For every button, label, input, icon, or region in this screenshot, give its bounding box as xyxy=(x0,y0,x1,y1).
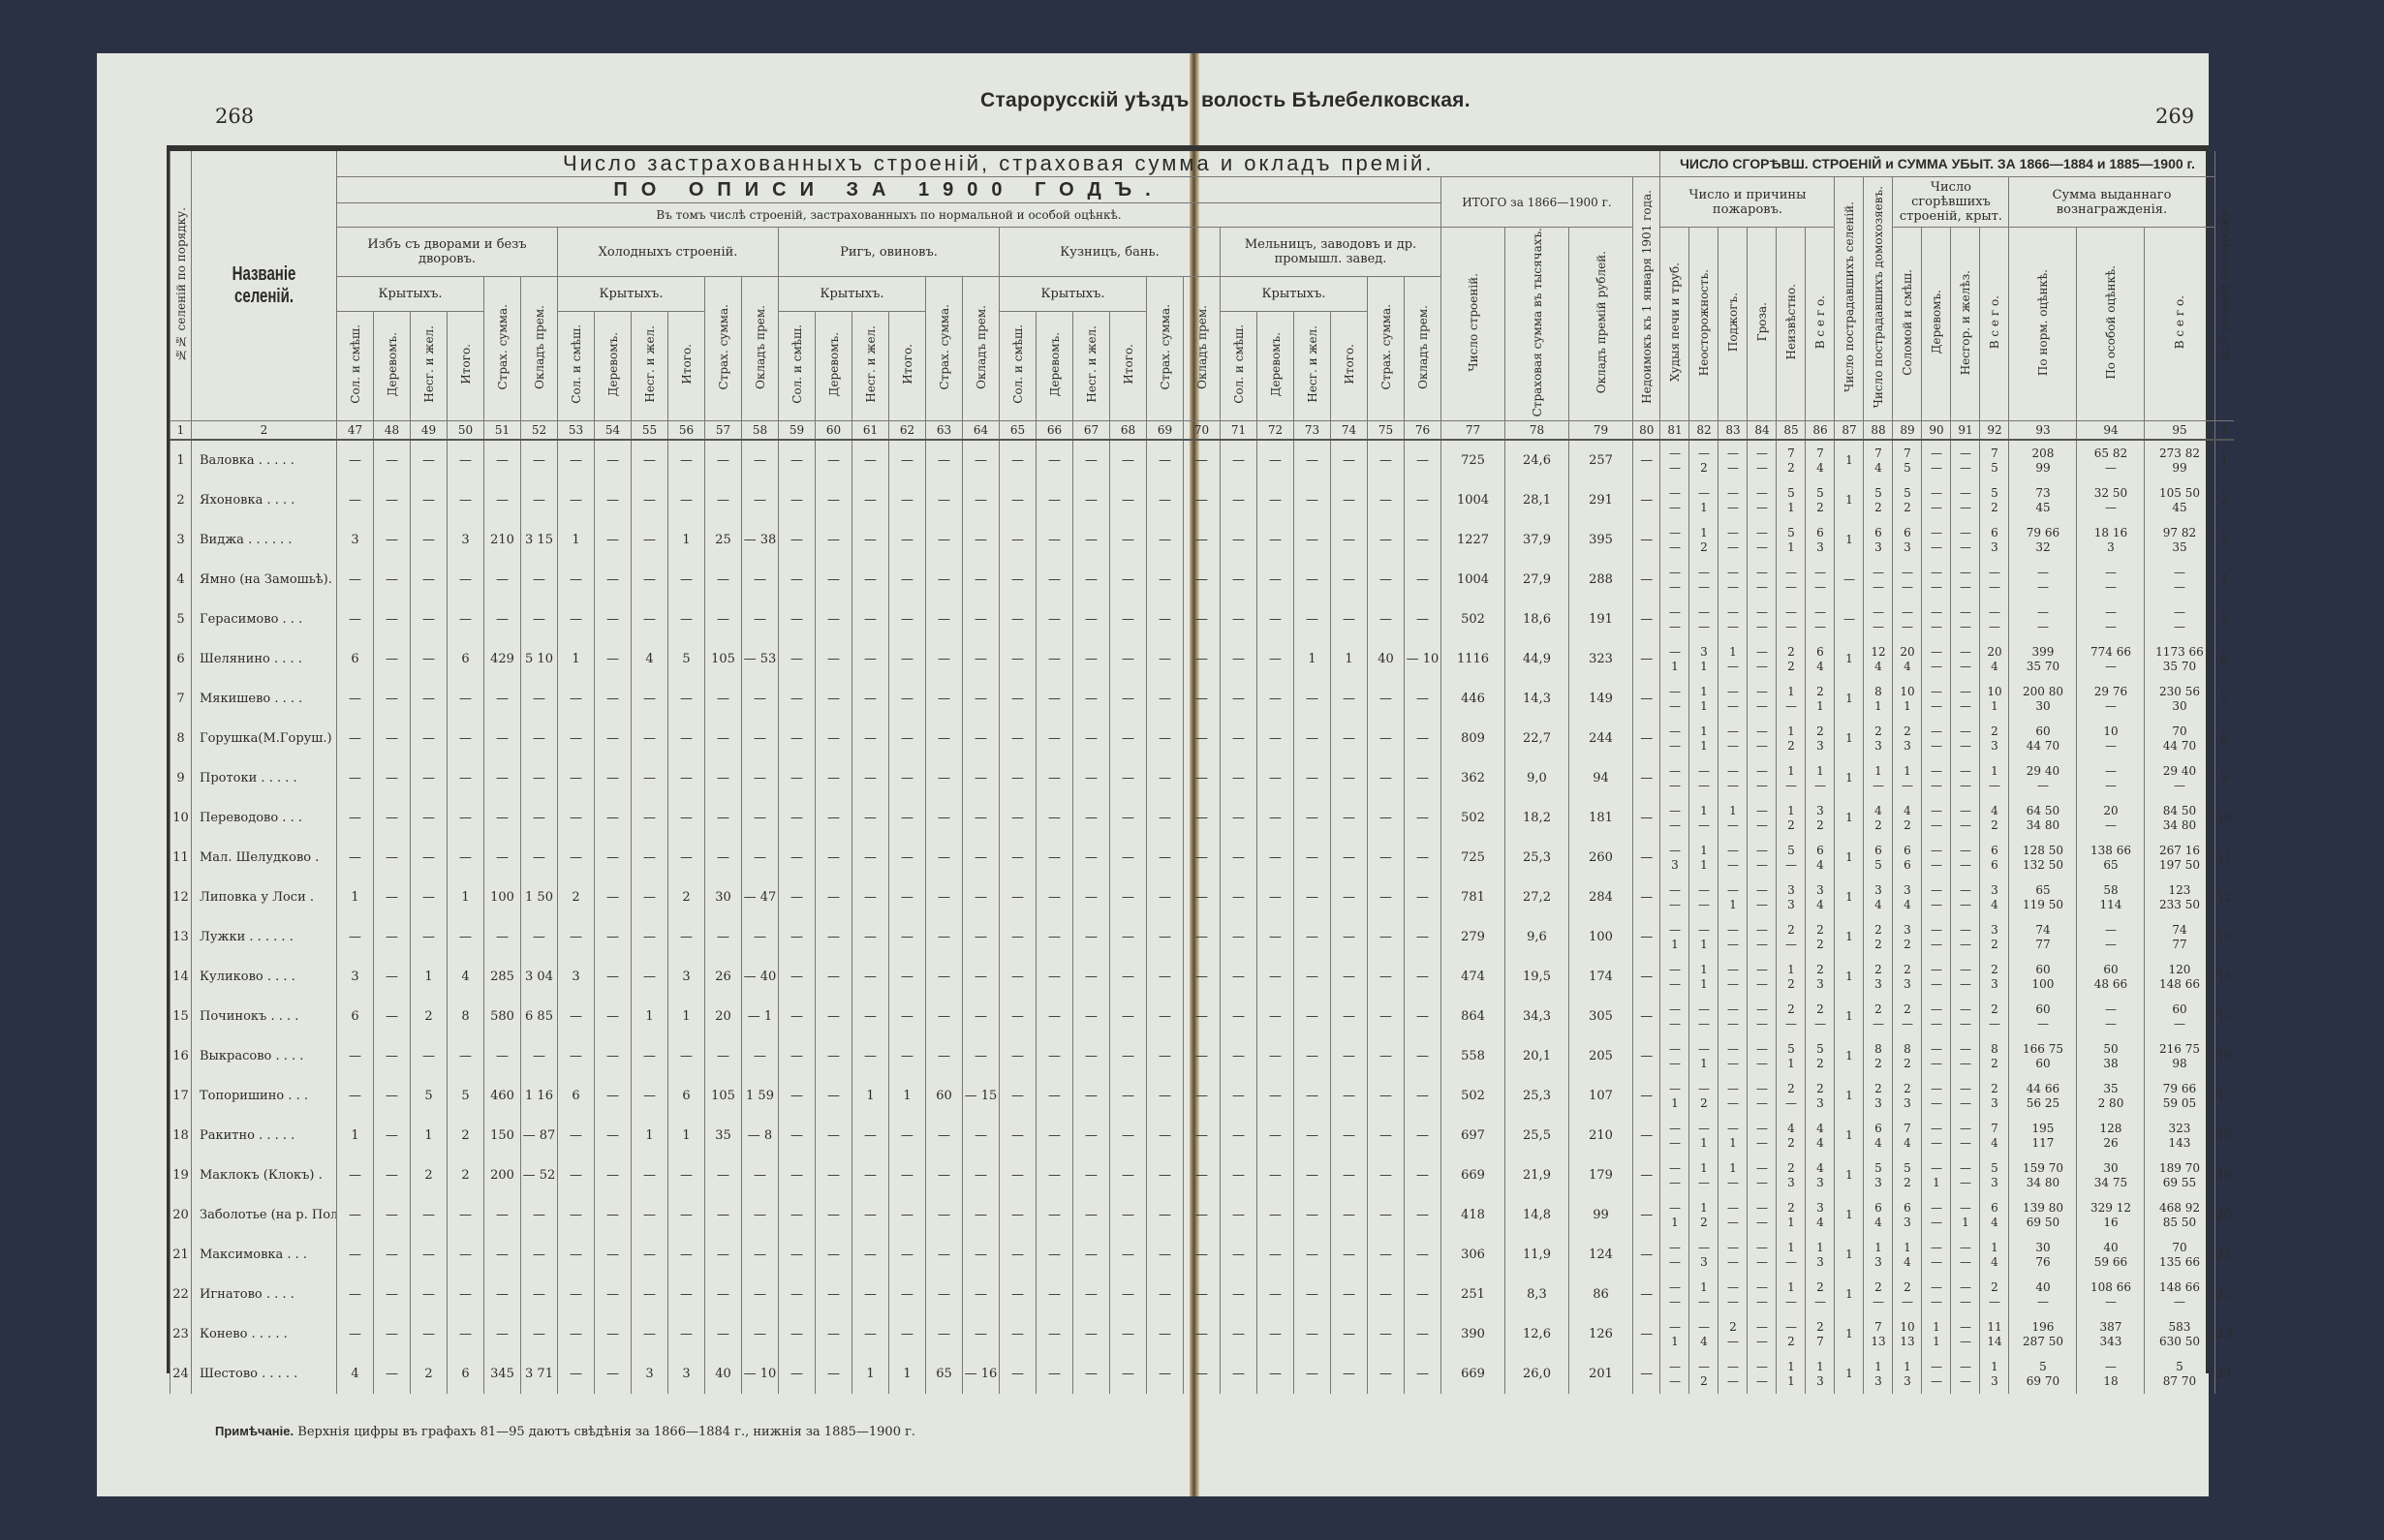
value-cell: — xyxy=(1184,480,1221,520)
value-cell: — xyxy=(889,1195,926,1235)
fire-value: — — xyxy=(1980,560,2009,600)
value-cell: — xyxy=(779,1235,816,1275)
value-cell: — xyxy=(411,798,448,838)
fire-value: 1 — xyxy=(1689,798,1718,838)
value-cell: 1 xyxy=(558,639,595,679)
value-cell: — xyxy=(963,957,1000,997)
fire-value: 5 2 xyxy=(1980,480,2009,520)
itogo-value: 19,5 xyxy=(1505,957,1569,997)
itogo-value: 502 xyxy=(1441,798,1505,838)
itogo-value: 126 xyxy=(1569,1314,1633,1354)
col-number: 90 xyxy=(1922,421,1951,441)
value-cell: — xyxy=(1221,520,1257,560)
fire-value: 1 xyxy=(1835,1314,1864,1354)
value-cell: — xyxy=(852,560,889,600)
fire-value: 5 87 70 xyxy=(2145,1354,2214,1394)
value-cell: — xyxy=(1221,639,1257,679)
value-cell: — xyxy=(1368,1036,1405,1076)
village-name: Мякишево . . . . xyxy=(192,679,337,719)
value-cell: — xyxy=(1147,758,1184,798)
fire-value: 20 4 xyxy=(1980,639,2009,679)
fire-value: — 1 xyxy=(1660,1195,1689,1235)
value-cell: — xyxy=(448,1314,484,1354)
value-cell: — xyxy=(852,520,889,560)
fire-value: 1 xyxy=(1835,440,1864,480)
fire-value: 2 — xyxy=(1864,997,1893,1036)
value-cell: 1 xyxy=(852,1076,889,1116)
value-cell: — xyxy=(411,1314,448,1354)
value-cell: — xyxy=(1368,480,1405,520)
arrears-value: — xyxy=(1633,798,1660,838)
col-number: 93 xyxy=(2009,421,2077,441)
table-row: 6Шелянино . . . .6——64295 101—45105— 53—… xyxy=(170,639,2235,679)
col-number: 70 xyxy=(1184,421,1221,441)
fires-col-1: Неосторожность. xyxy=(1689,228,1718,421)
fire-value: 3 2 xyxy=(1806,798,1835,838)
value-cell: — xyxy=(448,798,484,838)
insured-sum-header: Страх. сумма. xyxy=(484,277,521,421)
value-cell: — xyxy=(1037,1155,1073,1195)
value-cell: 1 xyxy=(668,1116,705,1155)
value-cell: — xyxy=(484,719,521,758)
fire-value: — — xyxy=(1922,560,1951,600)
value-cell: — xyxy=(889,639,926,679)
value-cell: — xyxy=(1073,1354,1110,1394)
value-cell: — xyxy=(448,1195,484,1235)
value-cell: — xyxy=(632,1076,668,1116)
value-cell: — xyxy=(926,758,963,798)
fire-value: 60 — xyxy=(2009,997,2077,1036)
value-cell: — xyxy=(1184,600,1221,639)
value-cell: — xyxy=(1184,838,1221,878)
value-cell: — xyxy=(1037,480,1073,520)
fire-value: — — xyxy=(1922,1076,1951,1116)
value-cell: — xyxy=(705,679,742,719)
value-cell: — xyxy=(1405,1275,1441,1314)
row-number-right: 9 xyxy=(2214,758,2234,798)
row-number-right: 14 xyxy=(2214,957,2234,997)
value-cell: 285 xyxy=(484,957,521,997)
value-cell: — xyxy=(1368,1116,1405,1155)
value-cell: 5 xyxy=(448,1076,484,1116)
value-cell: — xyxy=(1073,838,1110,878)
itogo-col-1: Страховая сумма въ тысячахъ. xyxy=(1505,228,1569,421)
value-cell: — xyxy=(632,560,668,600)
table-row: 3Виджа . . . . . .3——32103 151——125— 38—… xyxy=(170,520,2235,560)
row-number-right: 13 xyxy=(2214,917,2234,957)
value-cell: — xyxy=(705,798,742,838)
value-cell: — xyxy=(1331,1116,1368,1155)
title-in-that: Въ томъ числѣ строеній, застрахованныхъ … xyxy=(337,203,1441,228)
value-cell: 40 xyxy=(1368,639,1405,679)
value-cell: — xyxy=(1368,1076,1405,1116)
fire-value: — — xyxy=(1951,440,1980,480)
col-no-header: №№ селеній по порядку. xyxy=(170,151,192,421)
value-cell: — xyxy=(411,1275,448,1314)
value-cell: — xyxy=(1405,440,1441,480)
value-cell: — xyxy=(1073,480,1110,520)
value-cell: — xyxy=(1000,997,1037,1036)
fire-value: 29 40 — xyxy=(2009,758,2077,798)
value-cell: — xyxy=(1000,440,1037,480)
value-cell: — xyxy=(1405,1354,1441,1394)
value-cell: — xyxy=(926,440,963,480)
header-text: Страх. сумма. xyxy=(496,304,510,389)
arrears-value: — xyxy=(1633,520,1660,560)
value-cell: — xyxy=(1257,1036,1294,1076)
fire-value: — — xyxy=(1951,480,1980,520)
fire-value: 10 13 xyxy=(1893,1314,1922,1354)
value-cell: — xyxy=(337,758,374,798)
table-row: 7Мякишево . . . .———————————————————————… xyxy=(170,679,2235,719)
fire-value: 2 3 xyxy=(1980,957,2009,997)
covered-header: Крытыхъ. xyxy=(558,277,705,312)
value-cell: — xyxy=(595,1195,632,1235)
col-number: 82 xyxy=(1689,421,1718,441)
table-row: 1Валовка . . . . .——————————————————————… xyxy=(170,440,2235,480)
value-cell: — xyxy=(779,1116,816,1155)
value-cell: — xyxy=(558,917,595,957)
value-cell: — xyxy=(558,719,595,758)
value-cell: — xyxy=(1147,639,1184,679)
value-cell: 1 xyxy=(1331,639,1368,679)
row-number: 19 xyxy=(170,1155,192,1195)
village-name: Ракитно . . . . . xyxy=(192,1116,337,1155)
value-cell: — xyxy=(1331,1195,1368,1235)
value-cell: — xyxy=(742,600,779,639)
fire-value: — — xyxy=(1689,997,1718,1036)
value-cell: — xyxy=(889,1314,926,1354)
value-cell: — xyxy=(411,1235,448,1275)
arrears-value: — xyxy=(1633,480,1660,520)
fire-value: — — xyxy=(1718,1195,1748,1235)
fire-value: 123 233 50 xyxy=(2145,878,2214,917)
value-cell: — xyxy=(926,917,963,957)
value-cell: — xyxy=(1000,560,1037,600)
fire-value: 399 35 70 xyxy=(2009,639,2077,679)
value-cell: — xyxy=(1368,560,1405,600)
value-cell: 60 xyxy=(926,1076,963,1116)
header-text: Несг. и жел. xyxy=(864,325,878,403)
affected-villages-header: Число пострадавшихъ селеній. xyxy=(1835,177,1864,421)
fire-value: 128 50 132 50 xyxy=(2009,838,2077,878)
value-cell: — xyxy=(1184,440,1221,480)
fire-value: — — xyxy=(1660,1116,1689,1155)
fire-value: 1 2 xyxy=(1777,798,1806,838)
value-cell: — xyxy=(1000,1076,1037,1116)
itogo-value: 474 xyxy=(1441,957,1505,997)
row-number: 12 xyxy=(170,878,192,917)
fire-value: — — xyxy=(1689,560,1718,600)
fire-value: 65 82 — xyxy=(2077,440,2145,480)
value-cell: 1 xyxy=(889,1354,926,1394)
arrears-value: — xyxy=(1633,440,1660,480)
value-cell: — xyxy=(1221,1354,1257,1394)
fire-value: — 1 xyxy=(1951,1195,1980,1235)
value-cell: — xyxy=(1257,560,1294,600)
value-cell: — xyxy=(558,1314,595,1354)
header-text: Неизвѣстно. xyxy=(1784,284,1798,360)
value-cell: — xyxy=(521,838,558,878)
value-cell: — xyxy=(963,917,1000,957)
itogo-value: 418 xyxy=(1441,1195,1505,1235)
fire-value: — 1 xyxy=(1689,480,1718,520)
value-cell: — xyxy=(816,917,852,957)
fire-value: 189 70 69 55 xyxy=(2145,1155,2214,1195)
row-number: 2 xyxy=(170,480,192,520)
value-cell: — xyxy=(1000,480,1037,520)
arrears-value: — xyxy=(1633,1235,1660,1275)
fire-value: — — xyxy=(1660,997,1689,1036)
fire-value: 5 2 xyxy=(1806,480,1835,520)
value-cell: — xyxy=(705,480,742,520)
row-number-right: 2 xyxy=(2214,480,2234,520)
value-cell: — xyxy=(374,838,411,878)
value-cell: — xyxy=(411,560,448,600)
col-number: 61 xyxy=(852,421,889,441)
value-cell: — xyxy=(411,480,448,520)
itogo-value: 24,6 xyxy=(1505,440,1569,480)
value-cell: — xyxy=(889,838,926,878)
itogo-value: 502 xyxy=(1441,600,1505,639)
value-cell: — xyxy=(852,1036,889,1076)
value-cell: — xyxy=(337,838,374,878)
value-cell: — xyxy=(1368,878,1405,917)
value-cell: — xyxy=(1331,1235,1368,1275)
value-cell: — xyxy=(374,878,411,917)
value-cell: — xyxy=(374,560,411,600)
value-cell: 2 xyxy=(411,997,448,1036)
value-cell: 3 xyxy=(337,520,374,560)
value-cell: — xyxy=(1405,560,1441,600)
fire-value: 10 1 xyxy=(1893,679,1922,719)
value-cell: — xyxy=(448,679,484,719)
arrears-value: — xyxy=(1633,1116,1660,1155)
fire-value: 1 3 xyxy=(1864,1354,1893,1394)
value-cell: — xyxy=(521,917,558,957)
value-cell: — xyxy=(1110,917,1147,957)
value-cell: — xyxy=(1368,600,1405,639)
itogo-col-2: Окладъ премій рублей. xyxy=(1569,228,1633,421)
fire-value: — — xyxy=(1951,1235,1980,1275)
fire-value: — — xyxy=(2077,600,2145,639)
value-cell: — xyxy=(1257,1155,1294,1195)
fire-value: 5 2 xyxy=(1864,480,1893,520)
fire-value: — — xyxy=(2077,997,2145,1036)
value-cell: 200 xyxy=(484,1155,521,1195)
itogo-value: 446 xyxy=(1441,679,1505,719)
value-cell: — xyxy=(1368,679,1405,719)
value-cell: — xyxy=(1073,1275,1110,1314)
value-cell: 345 xyxy=(484,1354,521,1394)
fire-value: 273 82 99 xyxy=(2145,440,2214,480)
fire-value: 7 5 xyxy=(1980,440,2009,480)
fire-value: 583 630 50 xyxy=(2145,1314,2214,1354)
value-cell: — xyxy=(852,838,889,878)
value-cell: — xyxy=(816,1235,852,1275)
col-number: 75 xyxy=(1368,421,1405,441)
fire-value: 6 4 xyxy=(1806,639,1835,679)
value-cell: — xyxy=(779,798,816,838)
value-cell: — xyxy=(448,838,484,878)
col-name-header: Названіе селеній. xyxy=(192,151,337,421)
value-cell: — xyxy=(1368,520,1405,560)
value-cell: — xyxy=(1221,1275,1257,1314)
value-cell: 40 xyxy=(705,1354,742,1394)
value-cell: — xyxy=(595,997,632,1036)
value-cell: — xyxy=(1405,480,1441,520)
value-cell: — xyxy=(1000,1235,1037,1275)
value-cell: — xyxy=(1221,798,1257,838)
village-name: Мал. Шелудково . xyxy=(192,838,337,878)
value-cell: — xyxy=(926,639,963,679)
value-cell: — xyxy=(484,600,521,639)
value-cell: — xyxy=(411,719,448,758)
value-cell: — xyxy=(1257,520,1294,560)
fire-value: 3 4 xyxy=(1806,878,1835,917)
fire-value: — 18 xyxy=(2077,1354,2145,1394)
value-cell: — xyxy=(1037,520,1073,560)
fire-value: 267 16 197 50 xyxy=(2145,838,2214,878)
fire-value: 8 2 xyxy=(1980,1036,2009,1076)
reward-group-header: Сумма выданнаго вознагражденія. xyxy=(2009,177,2214,228)
value-cell: — xyxy=(632,878,668,917)
itogo-value: 669 xyxy=(1441,1354,1505,1394)
value-cell: — xyxy=(742,719,779,758)
fire-value: — — xyxy=(2077,758,2145,798)
value-cell: — xyxy=(779,719,816,758)
value-cell: — xyxy=(1257,639,1294,679)
value-cell: — xyxy=(558,1354,595,1394)
value-cell: — xyxy=(816,639,852,679)
fire-value: 12 4 xyxy=(1864,639,1893,679)
row-number: 15 xyxy=(170,997,192,1036)
itogo-value: 100 xyxy=(1569,917,1633,957)
value-cell: — xyxy=(889,520,926,560)
col-number: 55 xyxy=(632,421,668,441)
value-cell: — xyxy=(558,679,595,719)
col-number: 86 xyxy=(1806,421,1835,441)
header-text: Гроза. xyxy=(1755,302,1769,341)
fire-value: — — xyxy=(1922,440,1951,480)
value-cell: — xyxy=(1184,758,1221,798)
value-cell: — xyxy=(1073,758,1110,798)
value-cell: — xyxy=(1073,1155,1110,1195)
value-cell: — xyxy=(595,560,632,600)
value-cell: 105 xyxy=(705,639,742,679)
value-cell: — xyxy=(816,560,852,600)
fire-value: — — xyxy=(1748,957,1777,997)
value-cell: — xyxy=(484,917,521,957)
value-cell: — xyxy=(705,560,742,600)
fire-value: — — xyxy=(1748,878,1777,917)
row-number: 4 xyxy=(170,560,192,600)
header-text: №№ селеній по порядку. xyxy=(2217,207,2231,361)
table-row: 22Игнатово . . . .——————————————————————… xyxy=(170,1275,2235,1314)
fire-value: 32 50 — xyxy=(2077,480,2145,520)
value-cell: — xyxy=(484,440,521,480)
fire-value: — — xyxy=(1922,679,1951,719)
value-cell: — xyxy=(963,1275,1000,1314)
header-text: №№ селеній по порядку. xyxy=(174,207,188,361)
fires-col-0: Худыя печи и труб. xyxy=(1660,228,1689,421)
fire-value: 2 2 xyxy=(1806,917,1835,957)
value-cell: 6 xyxy=(448,639,484,679)
table-row: 4Ямно (на Замошьѣ).—————————————————————… xyxy=(170,560,2235,600)
value-cell: — xyxy=(1147,878,1184,917)
value-cell: — xyxy=(852,1275,889,1314)
fires-col-4: Неизвѣстно. xyxy=(1777,228,1806,421)
fire-value: 70 44 70 xyxy=(2145,719,2214,758)
value-cell: — xyxy=(668,838,705,878)
value-cell: — xyxy=(1000,838,1037,878)
value-cell: — xyxy=(1257,798,1294,838)
fire-value: 35 2 80 xyxy=(2077,1076,2145,1116)
fire-value: 60 48 66 xyxy=(2077,957,2145,997)
value-cell: — xyxy=(1110,878,1147,917)
value-cell: — xyxy=(852,997,889,1036)
value-cell: — xyxy=(1073,917,1110,957)
table-title-sub: ПО ОПИСИ ЗА 1900 ГОДЪ. xyxy=(337,177,1441,203)
value-cell: — xyxy=(1257,758,1294,798)
value-cell: — xyxy=(963,600,1000,639)
value-cell: — xyxy=(852,679,889,719)
value-cell: — xyxy=(521,1314,558,1354)
value-cell: — xyxy=(1331,1076,1368,1116)
fire-value: 2 3 xyxy=(1980,719,2009,758)
fire-value: — — xyxy=(1951,719,1980,758)
roof-col-header: Несг. и жел. xyxy=(1294,311,1331,420)
value-cell: — xyxy=(374,1195,411,1235)
value-cell: — xyxy=(1368,957,1405,997)
value-cell: — xyxy=(1331,679,1368,719)
fire-value: — — xyxy=(1718,997,1748,1036)
row-number-right: 22 xyxy=(2214,1275,2234,1314)
value-cell: — xyxy=(963,878,1000,917)
value-cell: 1 xyxy=(632,1116,668,1155)
value-cell: — xyxy=(632,1235,668,1275)
fire-value: — — xyxy=(1718,440,1748,480)
value-cell: — xyxy=(1184,917,1221,957)
value-cell: — xyxy=(595,758,632,798)
value-cell: — xyxy=(668,1155,705,1195)
fire-value: 7 13 xyxy=(1864,1314,1893,1354)
value-cell: — xyxy=(816,1275,852,1314)
col-number: 68 xyxy=(1110,421,1147,441)
value-cell: — xyxy=(1221,917,1257,957)
value-cell: — xyxy=(411,1036,448,1076)
value-cell: — xyxy=(632,679,668,719)
value-cell: — xyxy=(668,1036,705,1076)
village-name: Горушка(М.Горуш.) xyxy=(192,719,337,758)
header-text: Итого. xyxy=(901,344,914,385)
insurance-table: №№ селеній по порядку.Названіе селеній.Ч… xyxy=(170,151,2234,1394)
value-cell: — xyxy=(963,679,1000,719)
fire-value: 58 114 xyxy=(2077,878,2145,917)
value-cell: — xyxy=(595,957,632,997)
fire-value: 1 2 xyxy=(1777,957,1806,997)
fire-value: 74 77 xyxy=(2145,917,2214,957)
fire-value: — — xyxy=(1718,957,1748,997)
fires-col-3: Гроза. xyxy=(1748,228,1777,421)
fire-value: — — xyxy=(1718,520,1748,560)
value-cell: — xyxy=(852,798,889,838)
value-cell: — xyxy=(963,560,1000,600)
value-cell: — xyxy=(926,719,963,758)
group-header-4: Мельницъ, заводовъ и др. промышл. завед. xyxy=(1221,228,1441,277)
value-cell: — xyxy=(1257,600,1294,639)
value-cell: — xyxy=(1000,639,1037,679)
